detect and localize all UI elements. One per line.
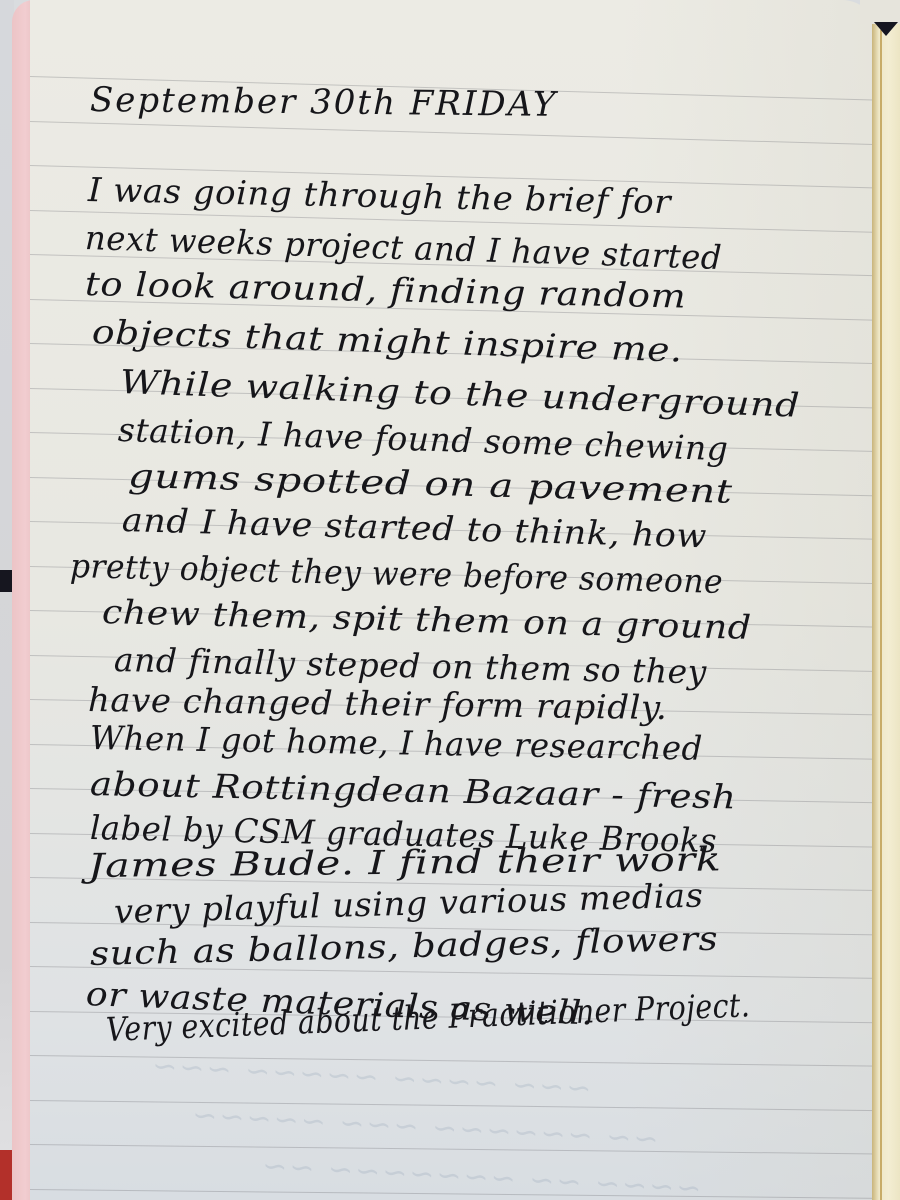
notebook-page: ~~~ ~~~~ ~~~~~ ~~~ ~~ ~~~~~~ ~~~ ~~~~~ ~… xyxy=(30,0,878,1200)
entry-line: objects that might inspire me. xyxy=(91,312,683,370)
entry-line: about Rottingdean Bazaar - fresh xyxy=(90,764,737,817)
ruled-line xyxy=(30,121,878,145)
entry-line: chew them, spit them on a ground xyxy=(102,592,753,647)
entry-date-heading: September 30th FRIDAY xyxy=(90,80,558,125)
binding-top-backdrop xyxy=(860,0,900,24)
entry-line: and I have started to think, how xyxy=(121,500,707,555)
binding-seam xyxy=(880,30,882,1200)
ruled-line xyxy=(30,1100,878,1111)
notebook-binding xyxy=(872,0,900,1200)
bookmark-tab xyxy=(0,570,12,592)
bleed-through-text: ~~~ ~~~~ ~~~~~ ~~~ xyxy=(149,1048,592,1106)
binding-shadow xyxy=(874,22,898,36)
